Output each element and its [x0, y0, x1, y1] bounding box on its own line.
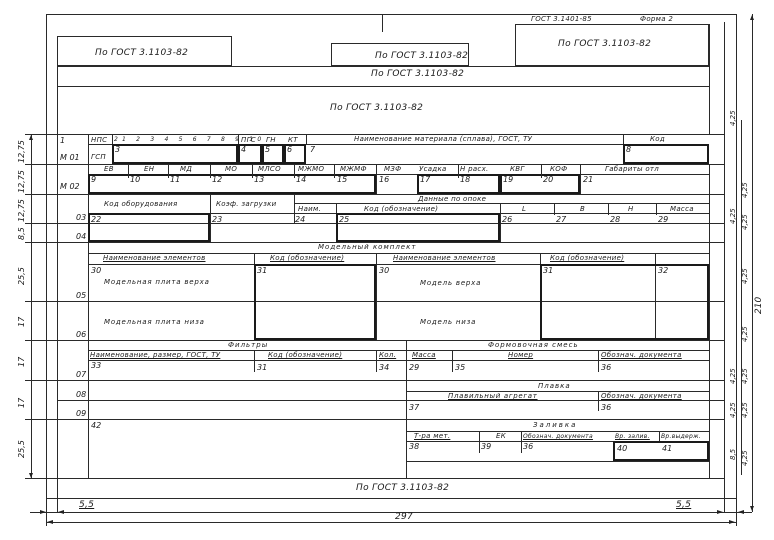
r03-sep-L — [554, 203, 555, 215]
m02-h-mo: МО — [225, 166, 237, 173]
header-block-mid-text: По ГОСТ 3.1103-82 — [375, 52, 468, 61]
right-dim-axis — [752, 14, 753, 512]
r03-H: Н — [628, 206, 634, 213]
right-dim-inner — [741, 120, 742, 475]
dim-margin-right: 5,5 — [676, 501, 691, 510]
dim-right-9: 4,25 — [742, 402, 749, 418]
m02-h-kof: КОФ — [550, 166, 567, 173]
m02-sep-1 — [128, 164, 129, 178]
dim-left-8: 25,5 — [18, 440, 26, 458]
r03-cell-28: 28 — [610, 216, 620, 224]
mk-num-32: 32 — [658, 267, 668, 275]
m02-h-md: МД — [180, 166, 192, 173]
scale-6: 6 — [193, 136, 201, 143]
m02-h-en: ЕН — [144, 166, 154, 173]
row-line-m02 — [25, 194, 725, 195]
r03-sep-B — [608, 203, 609, 215]
dim-left-4: 25,5 — [18, 267, 26, 285]
m02-cell-17: 17 — [420, 176, 430, 184]
m02-cell-11: 11 — [170, 176, 180, 184]
row-label-m02: М 02 — [60, 183, 80, 191]
m01-field-8[interactable] — [623, 144, 709, 164]
r03-cell-22: 22 — [91, 216, 101, 224]
mk-field-31a[interactable] — [254, 264, 376, 340]
r03-flask-line — [294, 203, 709, 204]
pour-col-temp: Т-ра мет. — [414, 433, 450, 440]
row-label-08: 08 — [76, 391, 86, 399]
m02-cell-12: 12 — [212, 176, 222, 184]
row-label-1: 1 — [60, 137, 65, 145]
r03-load-coef: Коэф. загрузки — [216, 201, 277, 208]
m01-cell-4: 4 — [241, 146, 246, 154]
mk-num-30b: 30 — [379, 267, 389, 275]
dim-left-7: 17 — [18, 398, 26, 408]
m02-sep-10 — [580, 164, 581, 194]
m02-cell-10: 10 — [130, 176, 140, 184]
melting-col-doc: Обознач. документа — [601, 393, 682, 400]
pour-num-40: 40 — [617, 445, 627, 453]
m02-sep-6 — [334, 164, 335, 178]
filters-col-name: Наименование, размер, ГОСТ, ТУ — [90, 352, 220, 359]
header-row-full-text: По ГОСТ 3.1103-82 — [371, 70, 464, 79]
pour-bottom-line — [406, 461, 709, 462]
melting-title: Плавка — [538, 383, 571, 390]
dim-arrow — [738, 510, 744, 514]
dim-height-total: 210 — [755, 297, 764, 314]
scale-0: 2 — [114, 136, 122, 143]
m01-kt: КТ — [288, 137, 298, 144]
r03-flask-data: Данные по опоке — [418, 196, 486, 203]
m02-h-gabarity: Габариты отл — [605, 166, 659, 173]
pour-col-doc: Обознач. документа — [523, 434, 593, 440]
outer-frame-top — [46, 14, 736, 15]
m02-cell-18: 18 — [460, 176, 470, 184]
standard-label: ГОСТ 3.1401-85 — [531, 16, 592, 23]
r03-B: В — [580, 206, 585, 213]
dim-left-1: 12,75 — [18, 170, 26, 193]
footer-text: По ГОСТ 3.1103-82 — [356, 484, 449, 493]
r03-equipment-code: Код оборудования — [104, 201, 177, 208]
m02-sep-2 — [168, 164, 169, 178]
row-label-05: 05 — [76, 292, 86, 300]
dim-width-total: 297 — [395, 513, 413, 522]
header-big-area-text: По ГОСТ 3.1103-82 — [330, 104, 423, 113]
m02-h-nrash: Н расх. — [460, 166, 489, 173]
dim-left-2: 12,75 — [18, 199, 26, 222]
header-right-edge — [709, 24, 710, 134]
scale-1: 1 — [122, 136, 130, 143]
m02-sep-5 — [294, 164, 295, 178]
row-label-03: 03 — [76, 214, 86, 222]
m02-cell-15: 15 — [337, 176, 347, 184]
row-line-08 — [57, 400, 724, 401]
dim-right-1: 4,25 — [742, 182, 749, 198]
dim-right-7: 4,25 — [742, 368, 749, 384]
r03-designation: Код (обозначение) — [364, 206, 438, 213]
m01-gn: ГН — [266, 137, 276, 144]
row-line-bottom — [25, 478, 725, 479]
header-row-line-2 — [57, 86, 709, 87]
dim-arrow — [29, 135, 33, 140]
dim-right-4: 4,25 — [742, 268, 749, 284]
dim-arrow — [717, 510, 723, 514]
mix-col-doc: Обознач. документа — [601, 352, 682, 359]
row-label-07: 07 — [76, 371, 86, 379]
r03-sep-equip — [210, 194, 211, 242]
m02-h-mzhmf: МЖМФ — [340, 166, 367, 173]
inner-frame-bottom — [46, 512, 736, 513]
dim-right-2: 4,25 — [730, 208, 737, 224]
mk-col-name: Наименование элементов — [103, 255, 206, 262]
m01-field-3[interactable] — [112, 144, 238, 164]
mk-num-31a: 31 — [257, 267, 267, 275]
m02-cell-9: 9 — [91, 176, 96, 184]
dim-right-0: 4,25 — [730, 110, 737, 126]
m01-gsp: ГСП — [91, 154, 106, 161]
r03-name: Наим. — [298, 206, 321, 213]
r03-sep-H — [656, 203, 657, 215]
dim-right-8: 4,25 — [730, 402, 737, 418]
dim-arrow — [750, 15, 754, 20]
mk-model-top: Модель верха — [420, 280, 481, 287]
row-line-09 — [25, 419, 725, 420]
row-label-09: 09 — [76, 410, 86, 418]
footer-line — [46, 498, 736, 499]
mix-num-29: 29 — [409, 364, 419, 372]
filt-sep-1 — [254, 350, 255, 372]
scale-7: 7 — [207, 136, 215, 143]
m02-sep-8 — [458, 164, 459, 178]
mix-sep-1 — [452, 350, 453, 372]
dim-right-5: 4,25 — [742, 326, 749, 342]
center-tick — [382, 14, 383, 32]
dim-right-3: 4,25 — [742, 214, 749, 230]
m01-nps: НПС — [91, 137, 107, 144]
mk-col-code2: Код (обозначение) — [550, 255, 624, 262]
pour-sep-1 — [479, 431, 480, 453]
pour-col-hold-time: Вр.выдерж. — [661, 434, 701, 440]
melt-num-37: 37 — [409, 404, 419, 412]
melt-sep-1 — [598, 391, 599, 411]
header-block-right-text: По ГОСТ 3.1103-82 — [558, 40, 651, 49]
row-line-07 — [25, 380, 725, 381]
mk-num-31b: 31 — [543, 267, 553, 275]
mix-num-36: 36 — [601, 364, 611, 372]
pour-col-ek: ЕК — [496, 433, 506, 440]
row-label-m01: М 01 — [60, 154, 80, 162]
r03-cell-23: 23 — [212, 216, 222, 224]
m02-cell-21: 21 — [583, 176, 593, 184]
pour-sep-3 — [659, 431, 660, 441]
dim-left-3: 8,5 — [18, 227, 26, 240]
mix-col-mass: Масса — [412, 352, 436, 359]
form-label: Форма 2 — [640, 16, 673, 23]
mk-plate-top: Модельная плита верха — [104, 279, 210, 286]
row-label-06: 06 — [76, 331, 86, 339]
left-dim-axis — [31, 134, 32, 478]
m02-cell-20: 20 — [543, 176, 553, 184]
m02-h-ev: ЕВ — [104, 166, 114, 173]
pour-title-line — [406, 431, 709, 432]
m01-cell-5: 5 — [265, 146, 270, 154]
m01-code: Код — [650, 136, 665, 143]
dim-arrow — [58, 510, 64, 514]
m01-cell-8: 8 — [626, 146, 631, 154]
scale-5: 5 — [179, 136, 187, 143]
dim-arrow — [47, 520, 53, 524]
filters-col-code: Код (обозначение) — [268, 352, 342, 359]
r03-cell-25: 25 — [339, 216, 349, 224]
r03-mass: Масса — [670, 206, 694, 213]
row-label-04: 04 — [76, 233, 86, 241]
m01-cell-6: 6 — [287, 146, 292, 154]
pouring-title: Заливка — [533, 422, 577, 429]
filt-num-34: 34 — [379, 364, 389, 372]
m02-sep-3 — [210, 164, 211, 178]
pour-sep-2 — [521, 431, 522, 453]
m02-sep-7 — [376, 164, 377, 194]
m02-h-mlso: МЛСО — [258, 166, 281, 173]
row-line-06 — [25, 340, 725, 341]
m02-sep-9 — [541, 164, 542, 178]
header-row-line-1 — [57, 66, 709, 67]
filters-title: Фильтры — [228, 342, 268, 349]
cell-42: 42 — [91, 422, 101, 430]
filt-header-line — [88, 360, 709, 361]
dim-right-6: 4,25 — [730, 368, 737, 384]
m02-h-mzf: МЗФ — [384, 166, 401, 173]
r03-field-25[interactable] — [336, 213, 500, 242]
r03-cell-27: 27 — [556, 216, 566, 224]
m02-sep-4 — [252, 164, 253, 178]
m01-sep-kt — [306, 134, 307, 144]
melt-num-36: 36 — [601, 404, 611, 412]
r03-cell-29: 29 — [658, 216, 668, 224]
m01-sep-code — [623, 134, 624, 144]
dim-left-5: 17 — [18, 317, 26, 327]
pour-num-39: 39 — [481, 443, 491, 451]
molding-mix-title: Формовочная смесь — [488, 342, 579, 349]
r03-cell-26: 26 — [502, 216, 512, 224]
m01-material: Наименование материала (сплава), ГОСТ, Т… — [354, 136, 532, 143]
dim-left-6: 17 — [18, 357, 26, 367]
dim-arrow — [750, 506, 754, 511]
melting-col-unit: Плавильный агрегат — [448, 393, 538, 400]
m02-sep-right — [709, 164, 710, 194]
r03-field-22[interactable] — [88, 213, 210, 242]
inner-frame-right — [724, 22, 725, 512]
dim-arrow — [729, 520, 735, 524]
m01-pgs: ПГС — [241, 137, 256, 144]
mk-model-bottom: Модель низа — [420, 319, 476, 326]
pour-num-36: 36 — [523, 443, 533, 451]
m02-cell-13: 13 — [254, 176, 264, 184]
filters-col-qty: Кол. — [379, 352, 396, 359]
m02-h-usadka: Усадка — [419, 166, 447, 173]
m02-cell-14: 14 — [296, 176, 306, 184]
filt-sep-2 — [376, 350, 377, 372]
dim-right-14: 4,25 — [742, 450, 749, 466]
dim-right-13: 8,5 — [730, 449, 737, 460]
model-kit-title: Модельный комплект — [318, 244, 416, 251]
mk-col-name2: Наименование элементов — [393, 255, 496, 262]
r03-cell-24: 24 — [295, 216, 305, 224]
r03-right — [709, 194, 710, 242]
dim-margin-left: 5,5 — [79, 501, 94, 510]
scale-3: 3 — [150, 136, 158, 143]
pour-num-38: 38 — [409, 443, 419, 451]
pour-col-pour-time: Вр. залив. — [615, 434, 650, 440]
inner-frame-left — [57, 36, 58, 512]
mix-sep-2 — [598, 350, 599, 372]
m02-h-kvg: КВГ — [510, 166, 525, 173]
scale-8: 8 — [221, 136, 229, 143]
m02-h-mzhmo: МЖМО — [298, 166, 324, 173]
filt-right — [709, 340, 710, 478]
mk-field-31b[interactable] — [540, 264, 709, 340]
mix-col-number: Номер — [508, 352, 533, 359]
dim-arrow — [29, 473, 33, 478]
mk-right — [709, 242, 710, 340]
dim-arrow — [40, 510, 46, 514]
r03-L: L — [522, 206, 526, 213]
pour-field-40-41[interactable] — [613, 441, 709, 461]
mk-num-30a: 30 — [91, 267, 101, 275]
bottom-width-line — [46, 522, 736, 523]
filt-num-31: 31 — [257, 364, 267, 372]
filt-num-33: 33 — [91, 362, 101, 370]
mk-sep-2 — [376, 253, 377, 340]
r03-sep-desig — [500, 203, 501, 242]
dim-left-0: 12,75 — [18, 140, 26, 163]
scale-4: 4 — [164, 136, 172, 143]
scale-2: 2 — [136, 136, 144, 143]
m01-cell-7: 7 — [310, 146, 315, 154]
mk-plate-bottom: Модельная плита низа — [104, 319, 205, 326]
pour-num-41: 41 — [662, 445, 672, 453]
mix-num-35: 35 — [455, 364, 465, 372]
m02-cell-19: 19 — [503, 176, 513, 184]
mk-col-code: Код (обозначение) — [270, 255, 344, 262]
m02-cell-16: 16 — [379, 176, 389, 184]
outer-frame-left — [46, 14, 47, 526]
header-block-left-text: По ГОСТ 3.1103-82 — [95, 49, 188, 58]
m01-cell-3: 3 — [115, 146, 120, 154]
